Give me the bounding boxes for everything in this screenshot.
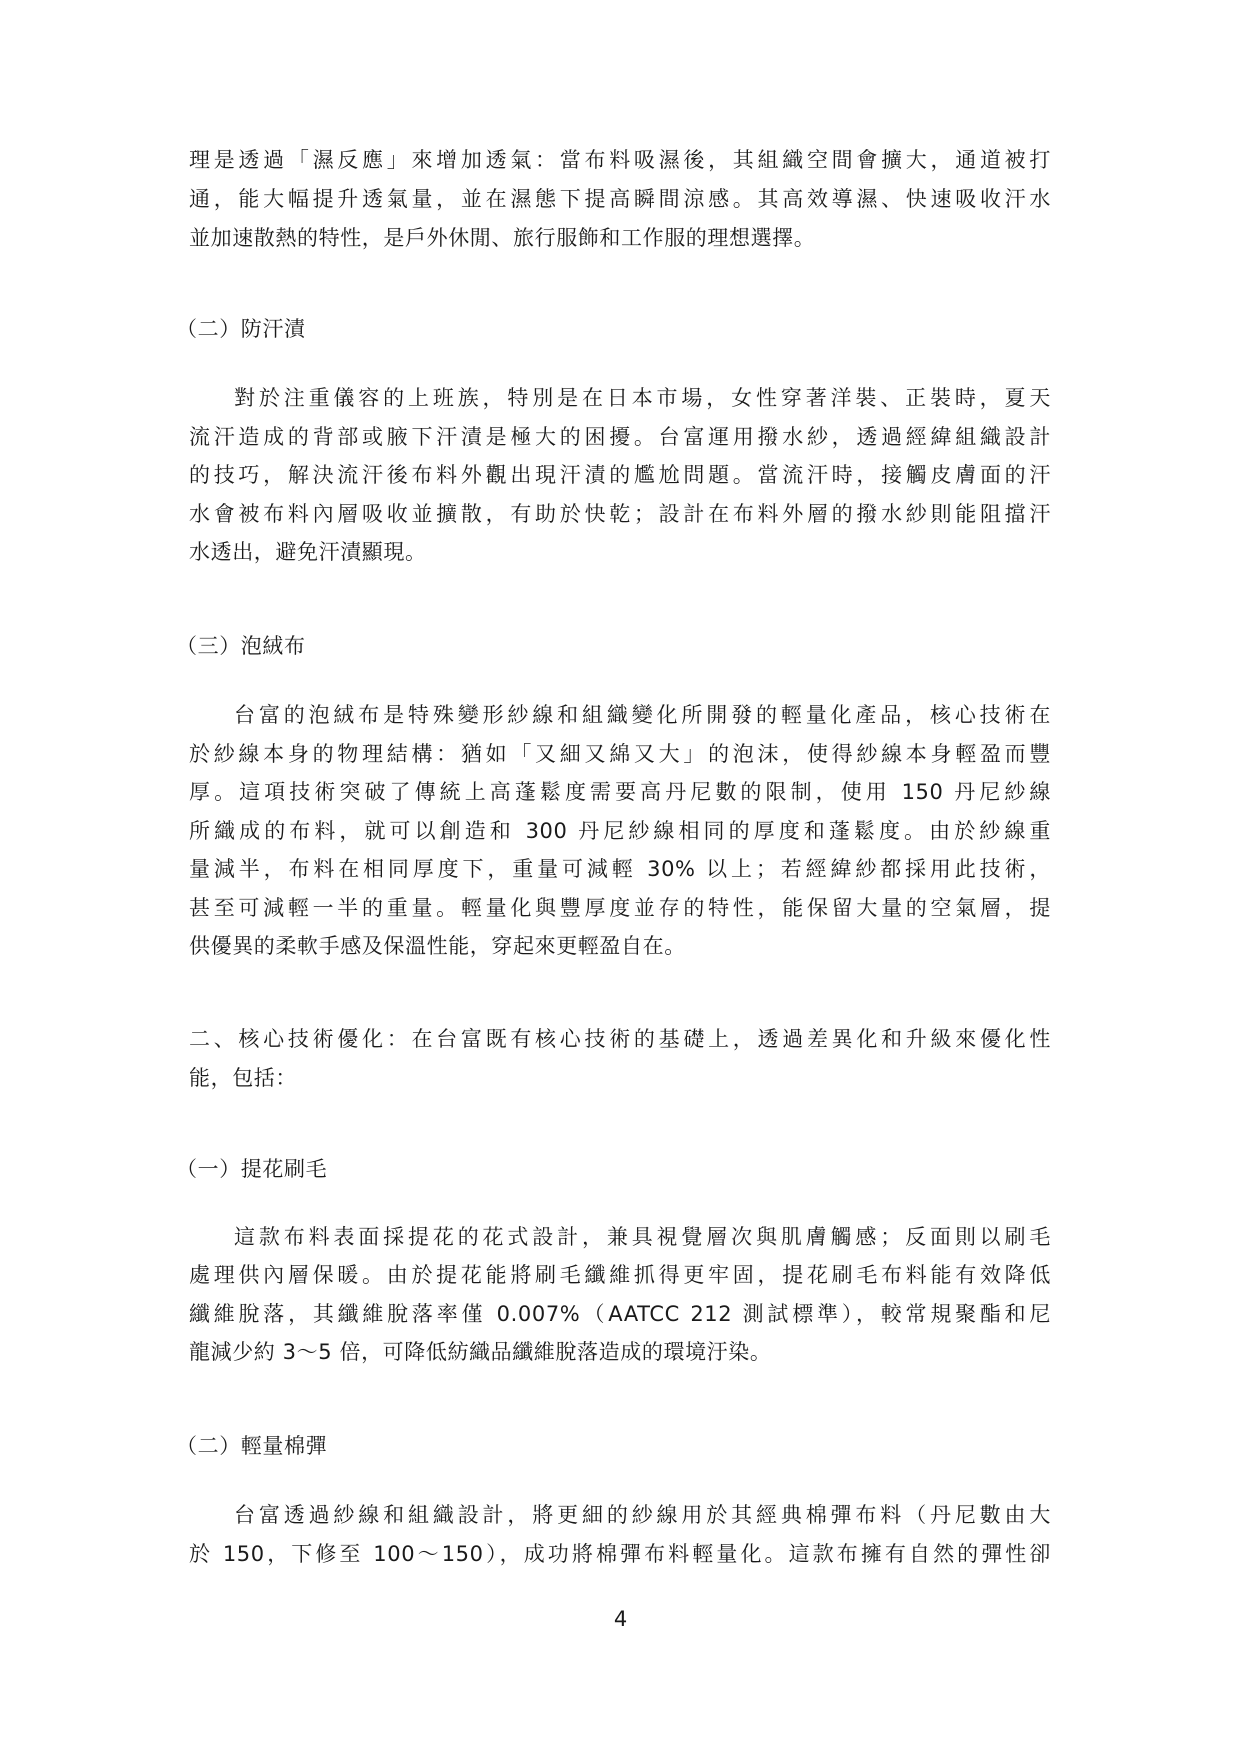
section-heading-line: 能，包括：: [189, 1064, 1051, 1092]
paragraph-line: 處理供內層保暖。由於提花能將刷毛纖維抓得更牢固，提花刷毛布料能有效降低: [189, 1261, 1051, 1289]
paragraph-line: 纖維脫落，其纖維脫落率僅 0.007%（AATCC 212 測試標準），較常規聚…: [189, 1300, 1051, 1328]
paragraph-line: 這款布料表面採提花的花式設計，兼具視覺層次與肌膚觸感；反面則以刷毛: [234, 1223, 1051, 1251]
paragraph-line: 理是透過「濕反應」來增加透氣：當布料吸濕後，其組織空間會擴大，通道被打: [189, 146, 1051, 174]
document-page: 理是透過「濕反應」來增加透氣：當布料吸濕後，其組織空間會擴大，通道被打 通，能大…: [0, 0, 1241, 1755]
paragraph-line: 厚。這項技術突破了傳統上高蓬鬆度需要高丹尼數的限制，使用 150 丹尼紗線: [189, 778, 1051, 806]
paragraph-line: 於 150，下修至 100～150），成功將棉彈布料輕量化。這款布擁有自然的彈性…: [189, 1540, 1051, 1568]
paragraph-line: 水會被布料內層吸收並擴散，有助於快乾；設計在布料外層的撥水紗則能阻擋汗: [189, 500, 1051, 528]
paragraph-line: 流汗造成的背部或腋下汗漬是極大的困擾。台富運用撥水紗，透過經緯組織設計: [189, 423, 1051, 451]
paragraph-line: 量減半，布料在相同厚度下，重量可減輕 30% 以上；若經緯紗都採用此技術，: [189, 855, 1051, 883]
paragraph-line: 甚至可減輕一半的重量。輕量化與豐厚度並存的特性，能保留大量的空氣層，提: [189, 894, 1051, 922]
paragraph-line: 水透出，避免汗漬顯現。: [189, 538, 1051, 566]
subheading-anti-sweat-stain: （二）防汗漬: [176, 315, 1038, 343]
section-heading-line: 二、核心技術優化：在台富既有核心技術的基礎上，透過差異化和升級來優化性: [189, 1025, 1051, 1053]
page-number: 4: [0, 1605, 1241, 1633]
paragraph-line: 對於注重儀容的上班族，特別是在日本市場，女性穿著洋裝、正裝時，夏天: [234, 384, 1051, 412]
paragraph-line: 龍減少約 3～5 倍，可降低紡織品纖維脫落造成的環境汙染。: [189, 1338, 1051, 1366]
paragraph-line: 台富的泡絨布是特殊變形紗線和組織變化所開發的輕量化產品，核心技術在: [234, 701, 1051, 729]
subheading-jacquard-brushed: （一）提花刷毛: [176, 1155, 1038, 1183]
subheading-foam-fleece: （三）泡絨布: [176, 632, 1038, 660]
paragraph-line: 台富透過紗線和組織設計，將更細的紗線用於其經典棉彈布料（丹尼數由大: [234, 1501, 1051, 1529]
paragraph-line: 的技巧，解決流汗後布料外觀出現汗漬的尷尬問題。當流汗時，接觸皮膚面的汗: [189, 461, 1051, 489]
paragraph-line: 所織成的布料，就可以創造和 300 丹尼紗線相同的厚度和蓬鬆度。由於紗線重: [189, 817, 1051, 845]
paragraph-line: 供優異的柔軟手感及保溫性能，穿起來更輕盈自在。: [189, 932, 1051, 960]
paragraph-line: 通，能大幅提升透氣量，並在濕態下提高瞬間涼感。其高效導濕、快速吸收汗水: [189, 185, 1051, 213]
subheading-lightweight-cotton-stretch: （二）輕量棉彈: [176, 1432, 1038, 1460]
paragraph-line: 於紗線本身的物理結構：猶如「又細又綿又大」的泡沫，使得紗線本身輕盈而豐: [189, 740, 1051, 768]
paragraph-line: 並加速散熱的特性，是戶外休閒、旅行服飾和工作服的理想選擇。: [189, 224, 1051, 252]
